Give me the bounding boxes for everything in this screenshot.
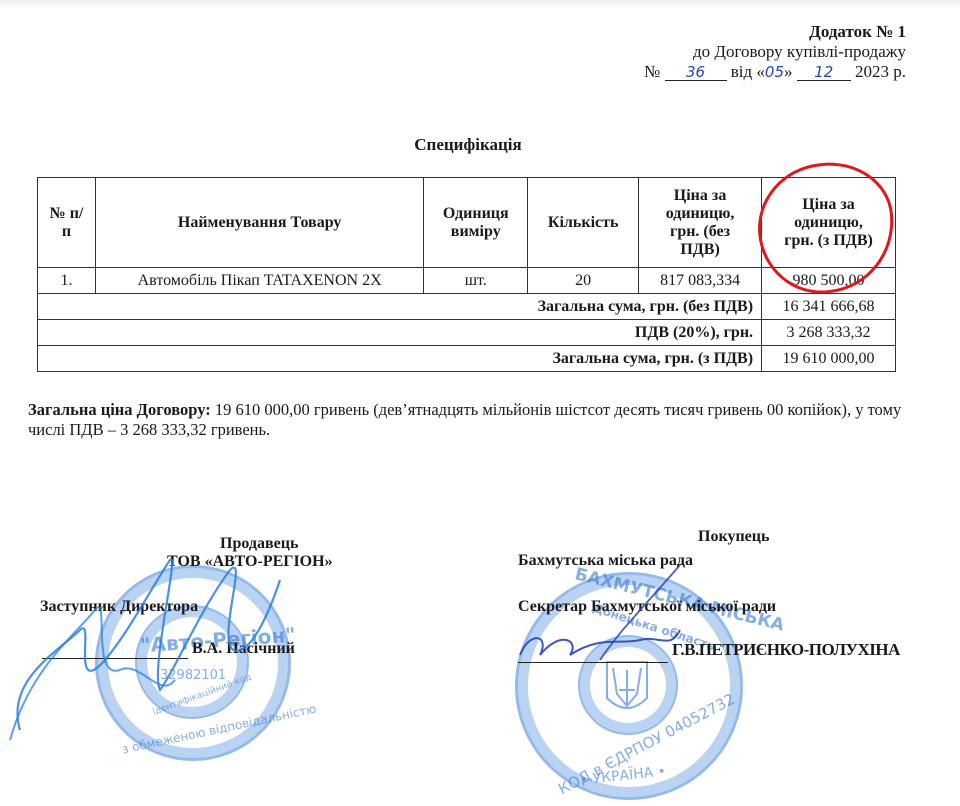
vat-label: ПДВ (20%), грн. [38,320,762,346]
buyer-name: Г.В.ПЕТРИЄНКО-ПОЛУХІНА [672,640,900,660]
total-row-with-vat: Загальна сума, грн. (з ПДВ) 19 610 000,0… [38,346,896,372]
header-unit: Одиниця виміру [424,178,528,268]
total-no-vat-label: Загальна сума, грн. (без ПДВ) [38,294,762,320]
contract-total-paragraph: Загальна ціна Договору: 19 610 000,00 гр… [28,400,928,440]
header-price-no-vat-label: Ціна за одиницю, грн. (без ПДВ) [650,187,750,259]
total-row-vat: ПДВ (20%), грн. 3 268 333,32 [38,320,896,346]
header-num: № п/п [38,178,96,268]
number-prefix: № [644,62,660,81]
total-with-vat-label: Загальна сума, грн. (з ПДВ) [38,346,762,372]
cell-name: Автомобіль Пікап TATAXENON 2X [95,268,423,294]
buyer-role: Покупець [698,528,769,546]
month-blank: 12 [797,62,851,81]
buyer-signature-icon [510,560,690,670]
from-label: від « [731,62,765,81]
header-num-label: № п/п [46,205,86,241]
day-handwritten: 05 [765,63,784,81]
seller-signature-icon [0,550,290,790]
appendix-header: Додаток № 1 до Договору купівлі-продажу … [644,22,906,82]
appendix-subtitle: до Договору купівлі-продажу [644,42,906,62]
cell-qty: 20 [528,268,639,294]
table-row: 1. Автомобіль Пікап TATAXENON 2X шт. 20 … [38,268,896,294]
total-no-vat-value: 16 341 666,68 [762,294,896,320]
appendix-contract-ref: № 36 від «05» 12 2023 р. [644,62,906,82]
month-handwritten: 12 [814,63,833,81]
page-top-shadow [0,0,960,8]
header-qty: Кількість [528,178,639,268]
year: 2023 р. [855,62,906,81]
appendix-title: Додаток № 1 [644,22,906,42]
vat-value: 3 268 333,32 [762,320,896,346]
contract-number-blank: 36 [665,62,727,81]
spec-title: Специфікація [0,135,936,155]
cell-unit: шт. [424,268,528,294]
header-name: Найменування Товару [95,178,423,268]
day-close: » [784,62,793,81]
cell-price-no-vat: 817 083,334 [639,268,762,294]
header-price-no-vat: Ціна за одиницю, грн. (без ПДВ) [639,178,762,268]
contract-total-label: Загальна ціна Договору: [28,400,211,419]
total-with-vat-value: 19 610 000,00 [762,346,896,372]
cell-num: 1. [38,268,96,294]
contract-number-handwritten: 36 [686,63,705,81]
total-row-no-vat: Загальна сума, грн. (без ПДВ) 16 341 666… [38,294,896,320]
